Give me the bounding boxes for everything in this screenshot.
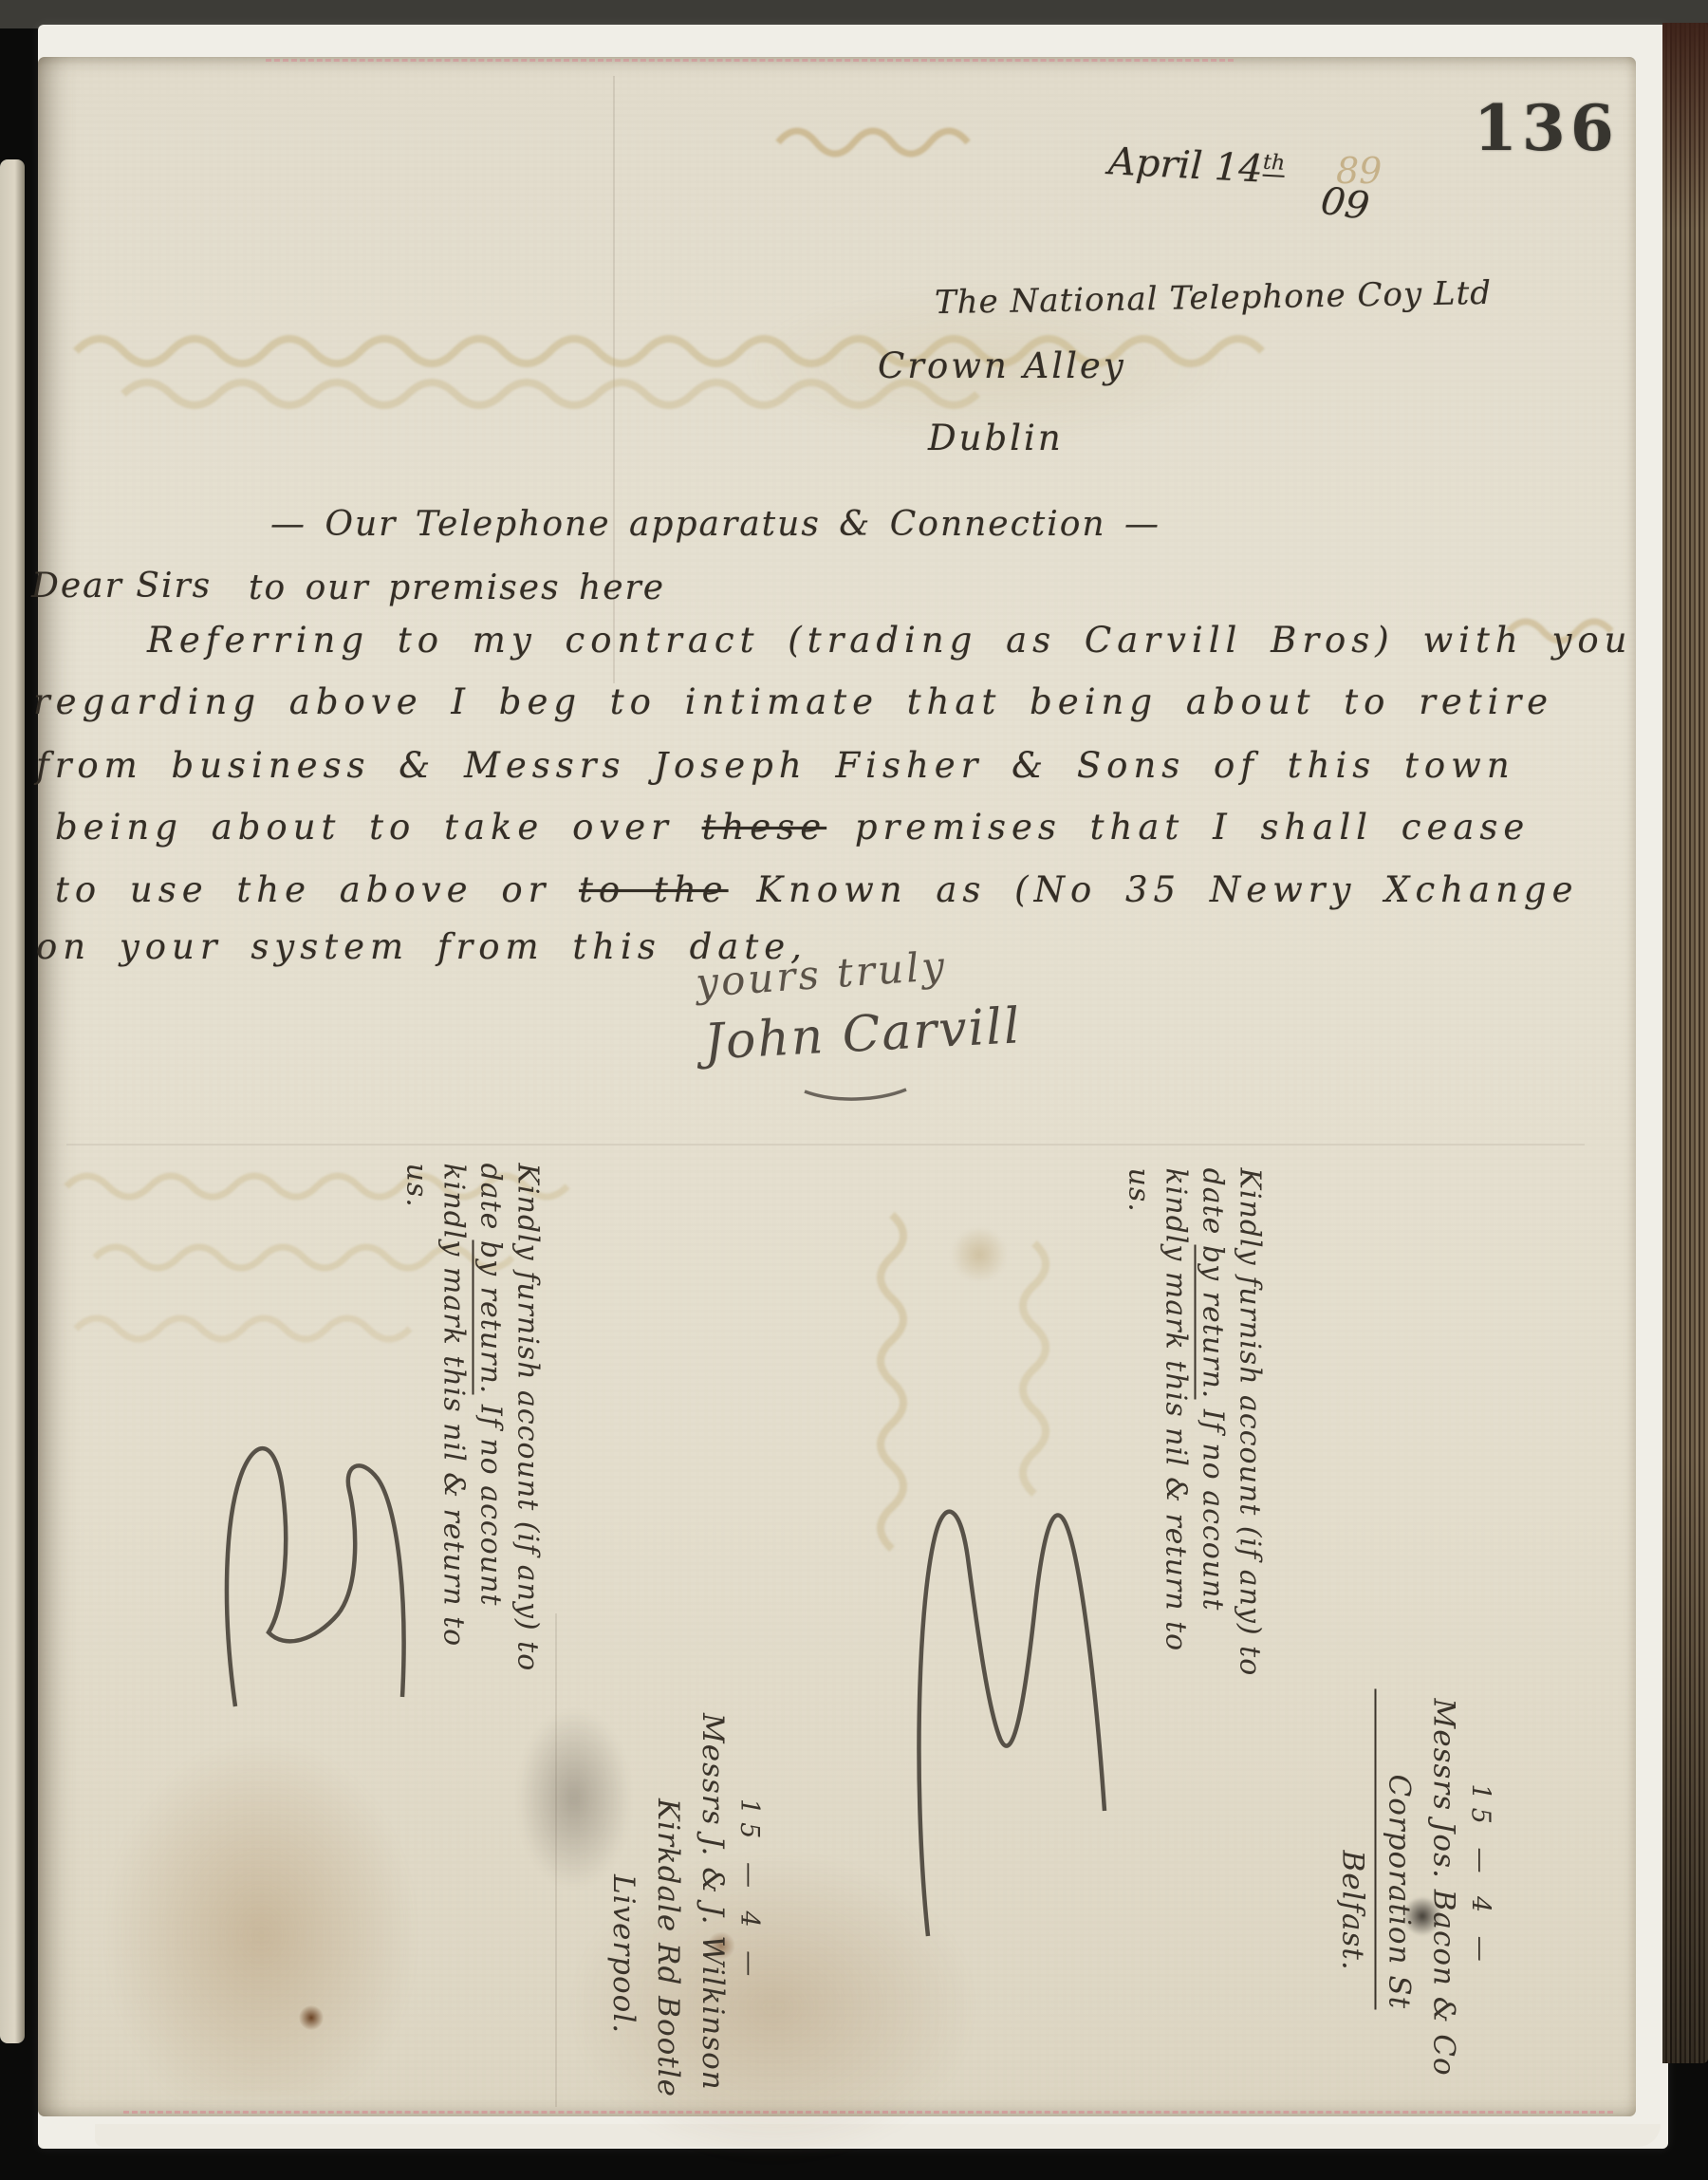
annotation-right-message-line-1: Kindly furnish account (if any) to: [1232, 1168, 1269, 1724]
body-line-4-pre: being about to take over: [55, 807, 702, 848]
annotation-right-message: Kindly furnish account (if any) to date …: [1124, 1168, 1269, 1724]
body-line-2: regarding above I beg to intimate that b…: [33, 681, 1553, 722]
annotation-left-addressee-line-3: Liverpool.: [601, 1685, 645, 2121]
adjacent-page-edge: [0, 159, 25, 2043]
annotation-left-line2-underlined: by return.: [473, 1240, 508, 1394]
recipient-line-2: Crown Alley: [878, 345, 1126, 386]
book-fore-edge-shading: [1662, 23, 1708, 2063]
annotation-left-date: 15 — 4 —: [734, 1685, 764, 2121]
body-line-5-pre: to use the above or: [55, 869, 579, 910]
annotation-left-line2-pre: date: [474, 1164, 508, 1240]
date-line: April 14th: [1107, 140, 1286, 193]
annotation-right-message-line-3: kindly mark this nil & return to: [1158, 1168, 1195, 1724]
annotation-left-message-line-1: Kindly furnish account (if any) to: [510, 1164, 547, 1728]
annotation-right-addressee-line-2: Corporation St: [1375, 1689, 1421, 2010]
date-superscript: th: [1262, 150, 1285, 177]
body-line-6: on your system from this date,: [36, 926, 808, 967]
salutation: Dear Sirs: [31, 567, 212, 606]
date-month-day: April 14: [1107, 140, 1264, 191]
annotation-right-addressee-line-3: Belfast.: [1330, 1689, 1375, 2074]
body-line-4-struck-word: these: [702, 807, 826, 848]
annotation-left-addressee-line-2: Kirkdale Rd Bootle: [645, 1685, 690, 2121]
annotation-right-message-line-4: us.: [1121, 1168, 1158, 1724]
annotation-right-addressee: 15 — 4 — Messrs Jos. Bacon & Co Corporat…: [1268, 1689, 1495, 2074]
annotation-right-line2-underlined: by return.: [1195, 1245, 1230, 1399]
body-line-5: to use the above or to the Known as (No …: [55, 869, 1579, 910]
body-line-5-struck-word: to the: [579, 869, 729, 910]
annotation-left-message-line-3: kindly mark this nil & return to: [436, 1164, 473, 1728]
body-line-1: Referring to my contract (trading as Car…: [147, 620, 1632, 661]
page-bottom-red-edge: [123, 2111, 1613, 2114]
tissue-interleaf-bottom-edge: [95, 2124, 1661, 2147]
recipient-line-3: Dublin: [928, 418, 1064, 458]
subject-line-1: — Our Telephone apparatus & Connection —: [270, 505, 1160, 544]
annotation-left-message: Kindly furnish account (if any) to date …: [399, 1164, 547, 1728]
annotation-left-message-line-4: us.: [399, 1164, 436, 1728]
body-line-5-post: Known as (No 35 Newry Xchange: [729, 869, 1579, 910]
page-number-stamp: 136: [1474, 91, 1619, 165]
annotation-right-line2-post: If no account: [1197, 1399, 1230, 1611]
body-line-4: being about to take over these premises …: [55, 807, 1530, 848]
annotation-left-line2-post: If no account: [474, 1394, 508, 1606]
body-line-4-post: premises that I shall cease: [826, 807, 1530, 848]
date-year: 09: [1318, 179, 1372, 230]
annotation-left-addressee-line-1: Messrs J. & J. Wilkinson: [690, 1685, 734, 2121]
page-top-red-edge: [266, 59, 1234, 62]
annotation-left-addressee: 15 — 4 — Messrs J. & J. Wilkinson Kirkda…: [555, 1685, 764, 2121]
paper-crease: [66, 1144, 1585, 1146]
annotation-right-addressee-line-1: Messrs Jos. Bacon & Co: [1421, 1689, 1466, 2074]
body-line-3: from business & Messrs Joseph Fisher & S…: [36, 745, 1515, 786]
letterbook-scan: 136 April 14th 89 09 The National Teleph…: [0, 0, 1708, 2180]
annotation-right-date: 15 — 4 —: [1466, 1689, 1495, 2074]
annotation-right-message-line-2: date by return. If no account: [1195, 1168, 1232, 1724]
annotation-right-line2-pre: date: [1197, 1168, 1230, 1245]
subject-line-2: to our premises here: [249, 568, 665, 607]
annotation-left-message-line-2: date by return. If no account: [473, 1164, 510, 1728]
